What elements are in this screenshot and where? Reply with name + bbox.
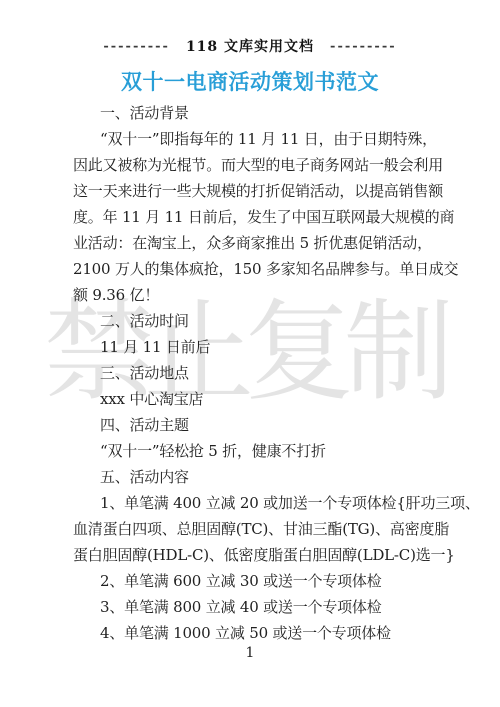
text-line: 一、活动背景 [73, 100, 455, 126]
document-header: --------- 118 文库实用文档 --------- [0, 36, 500, 56]
page-title: 双十一电商活动策划书范文 [0, 66, 500, 96]
text-line: 额 9.36 亿！ [73, 282, 455, 308]
text-line: 2100 万人的集体疯抢，150 多家知名品牌参与。单日成交 [73, 256, 455, 282]
text-line: 业活动：在淘宝上，众多商家推出 5 折优惠促销活动， [73, 230, 455, 256]
text-line: 1、单笔满 400 立减 20 或加送一个专项体检{肝功三项、 [73, 490, 455, 516]
text-line: 四、活动主题 [73, 412, 455, 438]
text-line: 度。年 11 月 11 日前后，发生了中国互联网最大规模的商 [73, 204, 455, 230]
header-title: 118 文库实用文档 [186, 36, 314, 56]
body-lines: 一、活动背景“双十一”即指每年的 11 月 11 日，由于日期特殊，因此又被称为… [73, 100, 455, 646]
text-line: 4、单笔满 1000 立减 50 或送一个专项体检 [73, 620, 455, 646]
text-line: 11 月 11 日前后 [73, 334, 455, 360]
page-number: 1 [0, 645, 500, 661]
header-dashes-right: --------- [330, 39, 397, 54]
text-line: 2、单笔满 600 立减 30 或送一个专项体检 [73, 568, 455, 594]
text-line: “双十一”轻松抢 5 折，健康不打折 [73, 438, 455, 464]
text-line: 三、活动地点 [73, 360, 455, 386]
header-dashes-left: --------- [103, 39, 170, 54]
text-line: 五、活动内容 [73, 464, 455, 490]
text-line: 二、活动时间 [73, 308, 455, 334]
text-line: xxx 中心淘宝店 [73, 386, 455, 412]
document-page: 禁止复制 --------- 118 文库实用文档 --------- 双十一电… [0, 0, 500, 707]
text-line: 这一天来进行一些大规模的打折促销活动，以提高销售额 [73, 178, 455, 204]
text-line: “双十一”即指每年的 11 月 11 日，由于日期特殊， [73, 126, 455, 152]
text-line: 3、单笔满 800 立减 40 或送一个专项体检 [73, 594, 455, 620]
text-line: 蛋白胆固醇(HDL-C)、低密度脂蛋白胆固醇(LDL-C)选一} [73, 542, 455, 568]
text-line: 血清蛋白四项、总胆固醇(TC)、甘油三酯(TG)、高密度脂 [73, 516, 455, 542]
text-line: 因此又被称为光棍节。而大型的电子商务网站一般会利用 [73, 152, 455, 178]
